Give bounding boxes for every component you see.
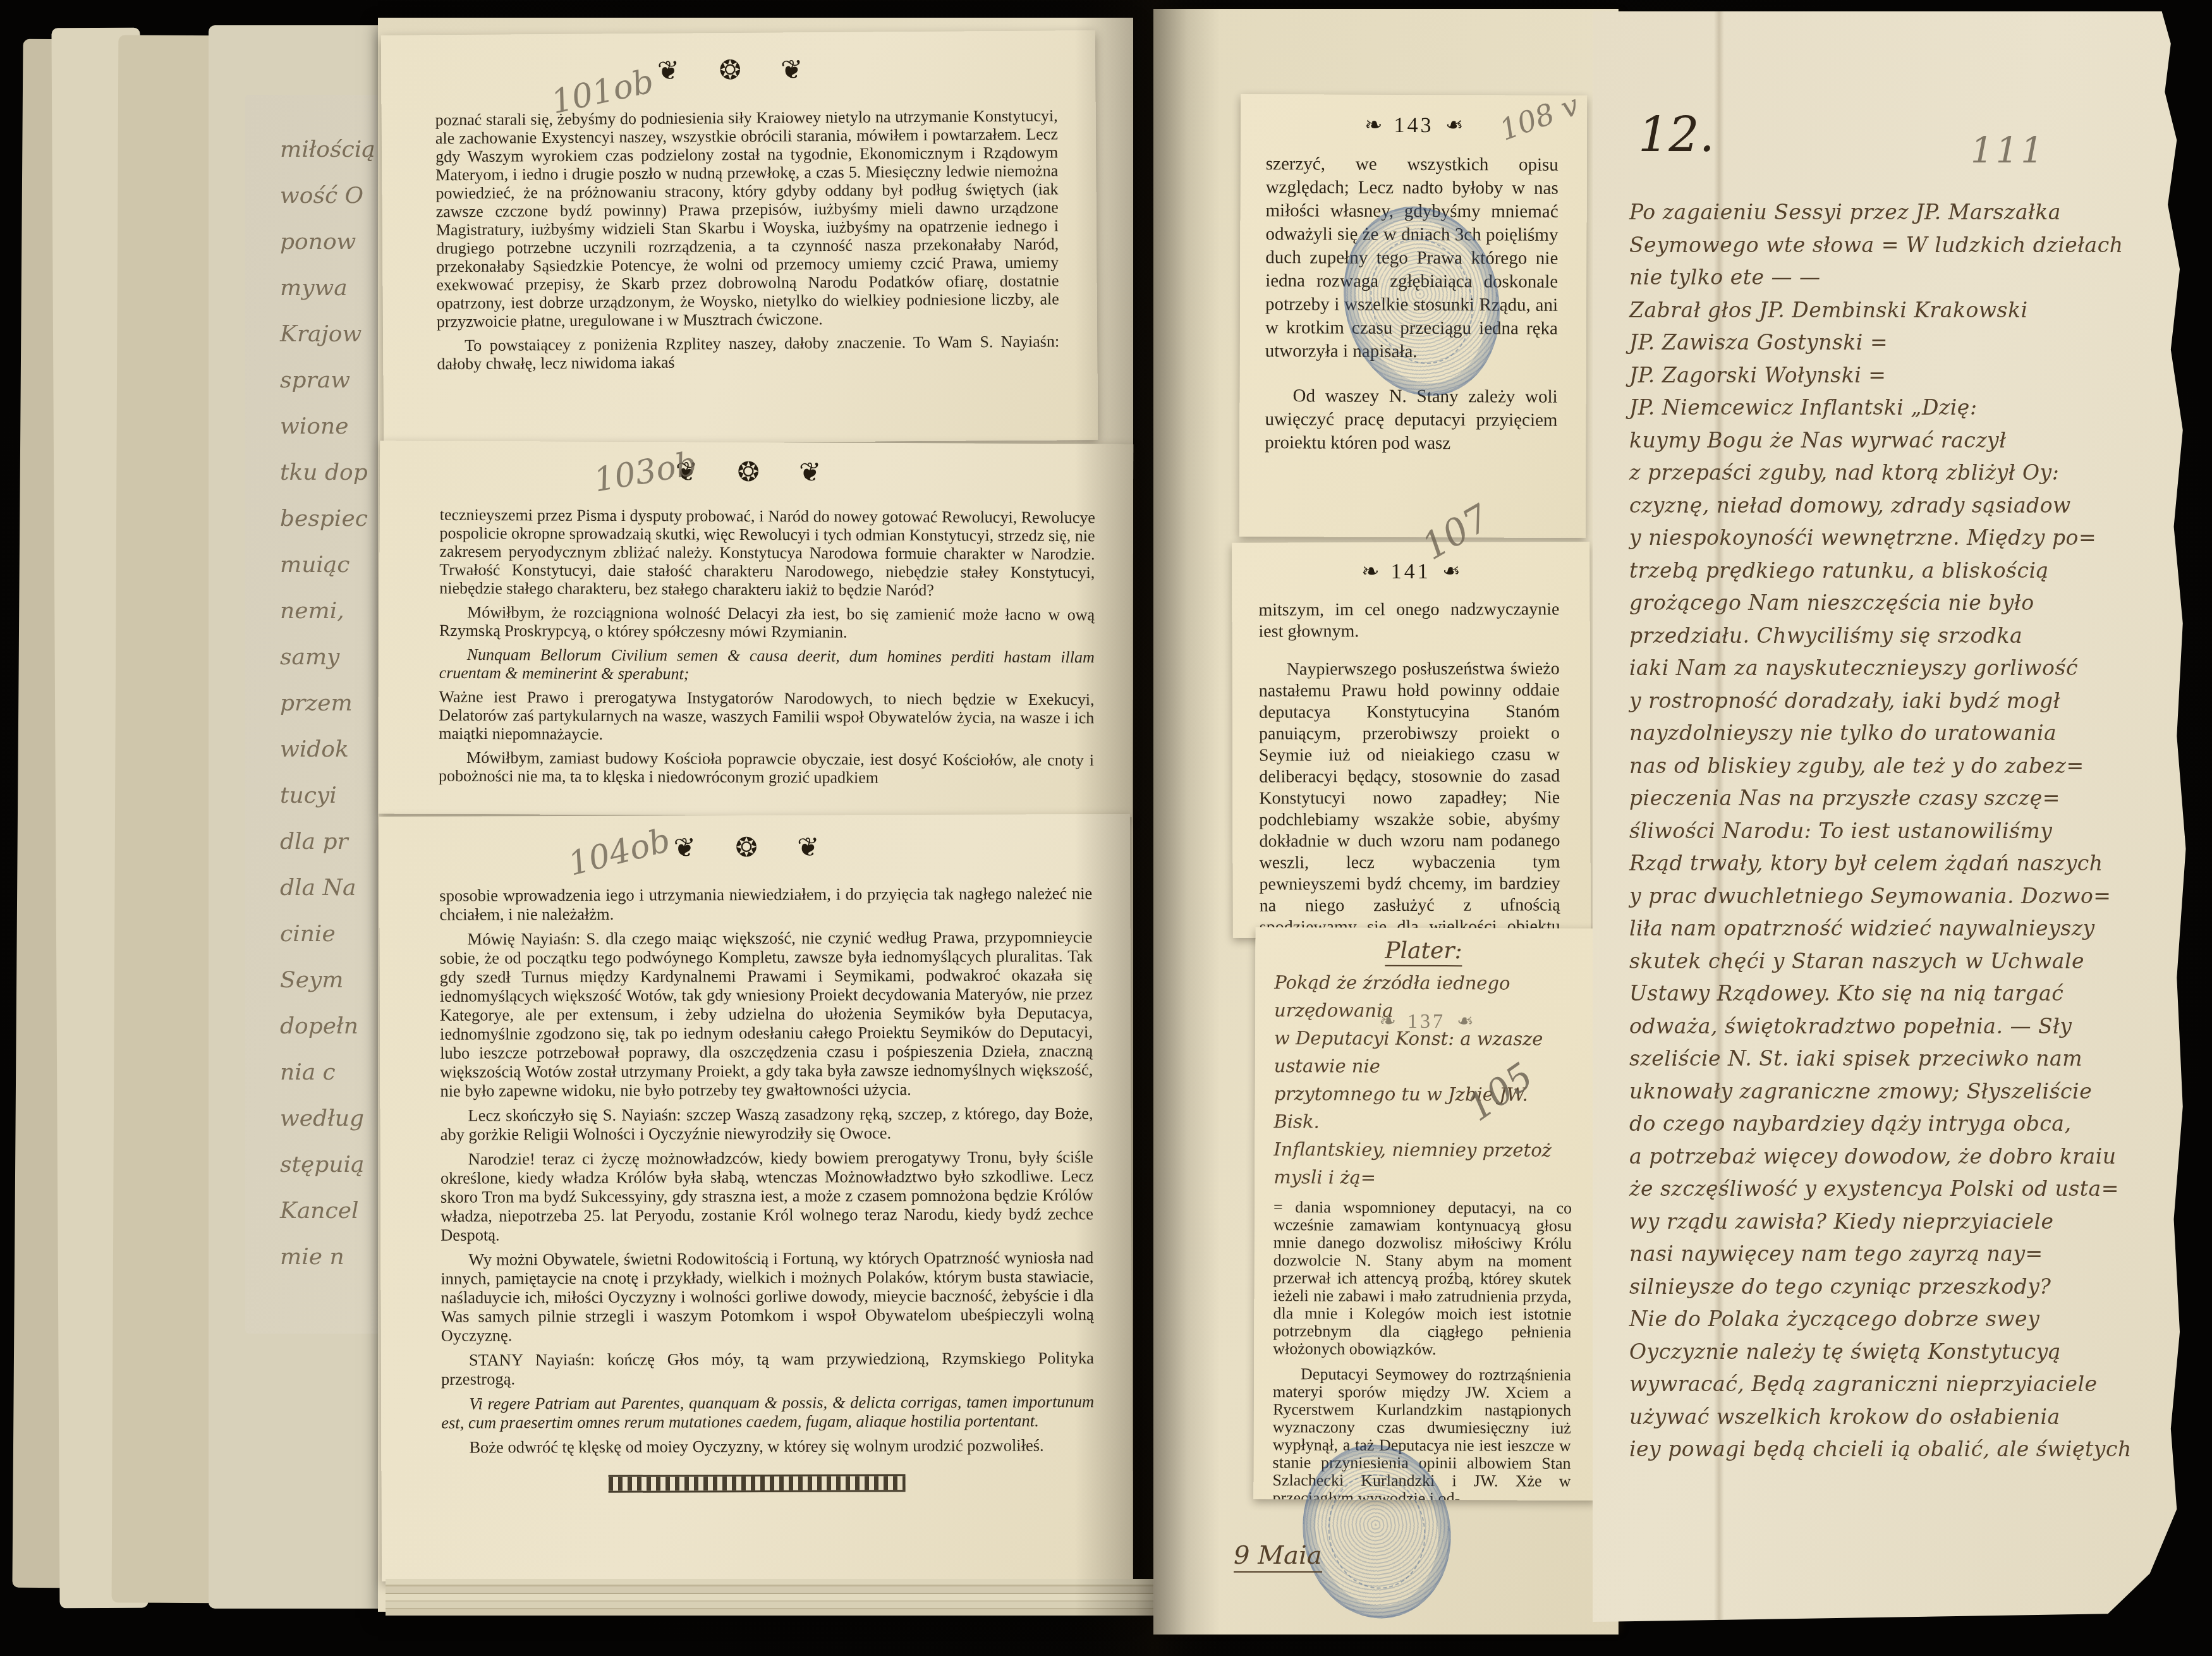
leaf-ornament-icon: ❧ bbox=[1361, 560, 1380, 583]
latin-quote: Vi regere Patriam aut Parentes, quanquam… bbox=[441, 1392, 1094, 1432]
header-ornament: ❦ ❂ ❦ bbox=[380, 454, 1133, 489]
date-annotation: 9 Maia bbox=[1234, 1541, 1322, 1570]
paragraph: Ważne iest Prawo i prerogatywa Instygato… bbox=[439, 688, 1094, 746]
printed-text-101: poznać starali się, żebyśmy do podniesie… bbox=[435, 106, 1060, 373]
paragraph: Mówiłbym, że rozciągniona wolność Delacy… bbox=[439, 603, 1095, 643]
leaf-ornament-icon: ❧ bbox=[1445, 113, 1463, 138]
printed-slip-105: ❧137❧ Plater: Pokąd że źrzódła iednego u… bbox=[1253, 927, 1598, 1501]
paragraph: sposobie wprowadzenia iego i utrzymania … bbox=[439, 884, 1092, 924]
header-ornament: ❦ ❂ ❦ bbox=[381, 52, 1095, 88]
header-ornament: ❦ ❂ ❦ bbox=[379, 831, 1130, 865]
page-number: 143 bbox=[1382, 114, 1445, 137]
marginal-note-title: Plater: bbox=[1274, 937, 1572, 965]
ornament-divider bbox=[609, 1474, 906, 1493]
printed-text-104: sposobie wprowadzenia iego i utrzymania … bbox=[439, 884, 1094, 1457]
paragraph: Mówiłbym, zamiast budowy Kościoła popraw… bbox=[439, 748, 1094, 788]
paragraph: tecznieyszemi przez Pisma i dysputy prob… bbox=[439, 506, 1095, 600]
book-spread-photo: miłością wość O ponow mywa Krajow spraw … bbox=[0, 0, 2212, 1656]
manuscript-number-top: 12. bbox=[1638, 106, 1715, 162]
leaf-ornament-icon: ❧ bbox=[1364, 114, 1383, 137]
printed-text-105: = dania wspomnioney deputacyi, na co wcz… bbox=[1272, 1198, 1572, 1501]
paragraph: Narodzie! teraz ci życzę możnowładzców, … bbox=[441, 1147, 1094, 1245]
page-header-141: ❧141❧ bbox=[1232, 558, 1589, 584]
folio-annotation-103: 103ob bbox=[591, 445, 700, 500]
paragraph: poznać starali się, żebyśmy do podniesie… bbox=[435, 106, 1059, 331]
paragraph: STANY Nayiaśn: kończę Głos móy, tą wam p… bbox=[441, 1348, 1094, 1389]
paragraph: Od waszey N. Stany zależy woli uwięczyć … bbox=[1265, 384, 1557, 456]
printed-text-141: mitszym, im cel onego nadzwyczaynie iest… bbox=[1258, 599, 1560, 937]
date-text: 9 Maia bbox=[1234, 1541, 1322, 1573]
manuscript-folio-number: 111 bbox=[1971, 130, 2046, 171]
printed-slip-141: ❧141❧ mitszym, im cel onego nadzwyczayni… bbox=[1232, 542, 1591, 937]
paragraph: Mówię Nayiaśn: S. dla czego maiąc większ… bbox=[440, 927, 1093, 1100]
paragraph: Naypierwszego posłuszeństwa świeżo nasta… bbox=[1259, 658, 1560, 937]
printed-text-103: tecznieyszemi przez Pisma i dysputy prob… bbox=[439, 506, 1095, 788]
latin-quote: Nunquam Bellorum Civilium semen & causa … bbox=[439, 645, 1095, 685]
folio-annotation-108v: 108 v bbox=[1495, 94, 1583, 147]
note-title-text: Plater: bbox=[1385, 938, 1462, 966]
folio-annotation-104: 104ob bbox=[564, 822, 674, 884]
paragraph: Boże odwróć tę klęskę od moiey Oyczyzny,… bbox=[441, 1435, 1094, 1457]
paragraph: = dania wspomnioney deputacyi, na co wcz… bbox=[1273, 1198, 1572, 1359]
paragraph: Lecz skończyło się S. Nayiaśn: szczep Wa… bbox=[440, 1104, 1093, 1144]
paragraph: To powstaiącey z poniżenia Rzplitey nasz… bbox=[437, 332, 1059, 373]
page-number: 141 bbox=[1380, 560, 1442, 583]
paragraph: Wy możni Obywatele, świetni Rodowitością… bbox=[441, 1248, 1094, 1345]
printed-sheet-104: 104ob ❦ ❂ ❦ sposobie wprowadzenia iego i… bbox=[379, 814, 1133, 1581]
manuscript-text: Po zagaieniu Sessyi przez JP. Marszałka … bbox=[1629, 196, 2163, 1466]
paragraph: mitszym, im cel onego nadzwyczaynie iest… bbox=[1258, 599, 1559, 642]
printed-sheet-101: 101ob ❦ ❂ ❦ poznać starali się, żebyśmy … bbox=[381, 30, 1098, 445]
right-manuscript-page: 12. 111 Po zagaieniu Sessyi przez JP. Ma… bbox=[1593, 11, 2192, 1622]
printed-sheet-103: 103ob ❦ ❂ ❦ tecznieyszemi przez Pisma i … bbox=[379, 441, 1134, 817]
